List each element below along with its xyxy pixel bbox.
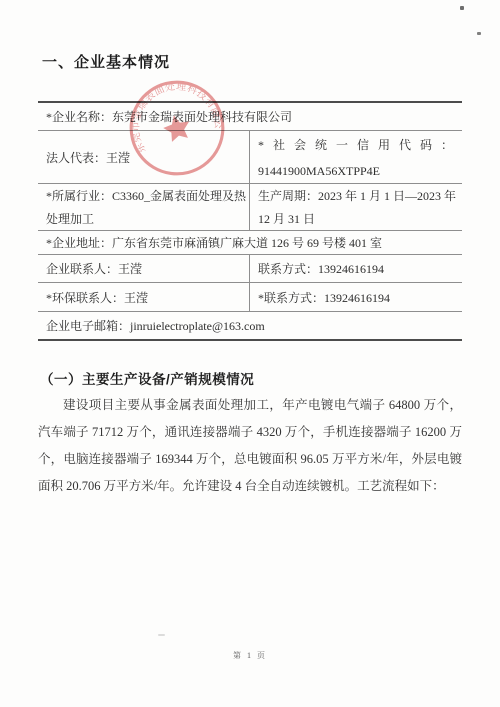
credit-code-value: 91441900MA56XTPP4E (258, 158, 462, 184)
table-row-email: 企业电子邮箱：jinruielectroplate@163.com (38, 312, 462, 339)
credit-code-cell: * 社 会 统 一 信 用 代 码 ： 91441900MA56XTPP4E (250, 131, 462, 183)
env-contact-phone-cell: *联系方式：13924616194 (250, 283, 462, 311)
subsection-title: （一）主要生产设备/产销规模情况 (40, 368, 254, 388)
scan-artifact (158, 634, 165, 636)
table-row-address: *企业地址：广东省东莞市麻涌镇广麻大道 126 号 69 号楼 401 室 (38, 231, 462, 255)
table-row-company-name: *企业名称：东莞市金瑞表面处理科技有限公司 (38, 103, 462, 131)
table-row-contact: 企业联系人：王滢 联系方式：13924616194 (38, 255, 462, 283)
table-row-env-contact: *环保联系人：王滢 *联系方式：13924616194 (38, 283, 462, 312)
credit-code-label: * 社 会 统 一 信 用 代 码 ： (258, 132, 462, 158)
industry-line2: 处理加工 (46, 208, 249, 231)
scan-artifact (460, 6, 464, 10)
address-cell: *企业地址：广东省东莞市麻涌镇广麻大道 126 号 69 号楼 401 室 (38, 231, 462, 254)
scan-artifact (477, 32, 481, 35)
email-cell: 企业电子邮箱：jinruielectroplate@163.com (38, 312, 462, 339)
company-name-cell: *企业名称：东莞市金瑞表面处理科技有限公司 (38, 103, 462, 130)
document-page: 一、企业基本情况 *企业名称：东莞市金瑞表面处理科技有限公司 法人代表：王滢 *… (0, 0, 500, 707)
table-row-legal-rep: 法人代表：王滢 * 社 会 统 一 信 用 代 码 ： 91441900MA56… (38, 131, 462, 184)
production-period-cell: 生产周期：2023 年 1 月 1 日—2023 年 12 月 31 日 (250, 184, 462, 230)
company-info-table: *企业名称：东莞市金瑞表面处理科技有限公司 法人代表：王滢 * 社 会 统 一 … (38, 101, 462, 341)
industry-cell: *所属行业：C3360_金属表面处理及热 处理加工 (38, 184, 250, 230)
table-row-industry: *所属行业：C3360_金属表面处理及热 处理加工 生产周期：2023 年 1 … (38, 184, 462, 231)
contact-phone-cell: 联系方式：13924616194 (250, 255, 462, 282)
seal-star-icon (161, 112, 193, 143)
section-title: 一、企业基本情况 (42, 51, 170, 72)
page-number: 第 1 页 (0, 650, 500, 661)
contact-person-cell: 企业联系人：王滢 (38, 255, 250, 282)
industry-line1: *所属行业：C3360_金属表面处理及热 (46, 185, 249, 208)
description-paragraph: 建设项目主要从事金属表面处理加工，年产电镀电气端子 64800 万个，汽车端子 … (38, 392, 462, 500)
period-line1: 生产周期：2023 年 1 月 1 日—2023 年 (258, 185, 462, 208)
env-contact-person-cell: *环保联系人：王滢 (38, 283, 250, 311)
period-line2: 12 月 31 日 (258, 208, 462, 231)
